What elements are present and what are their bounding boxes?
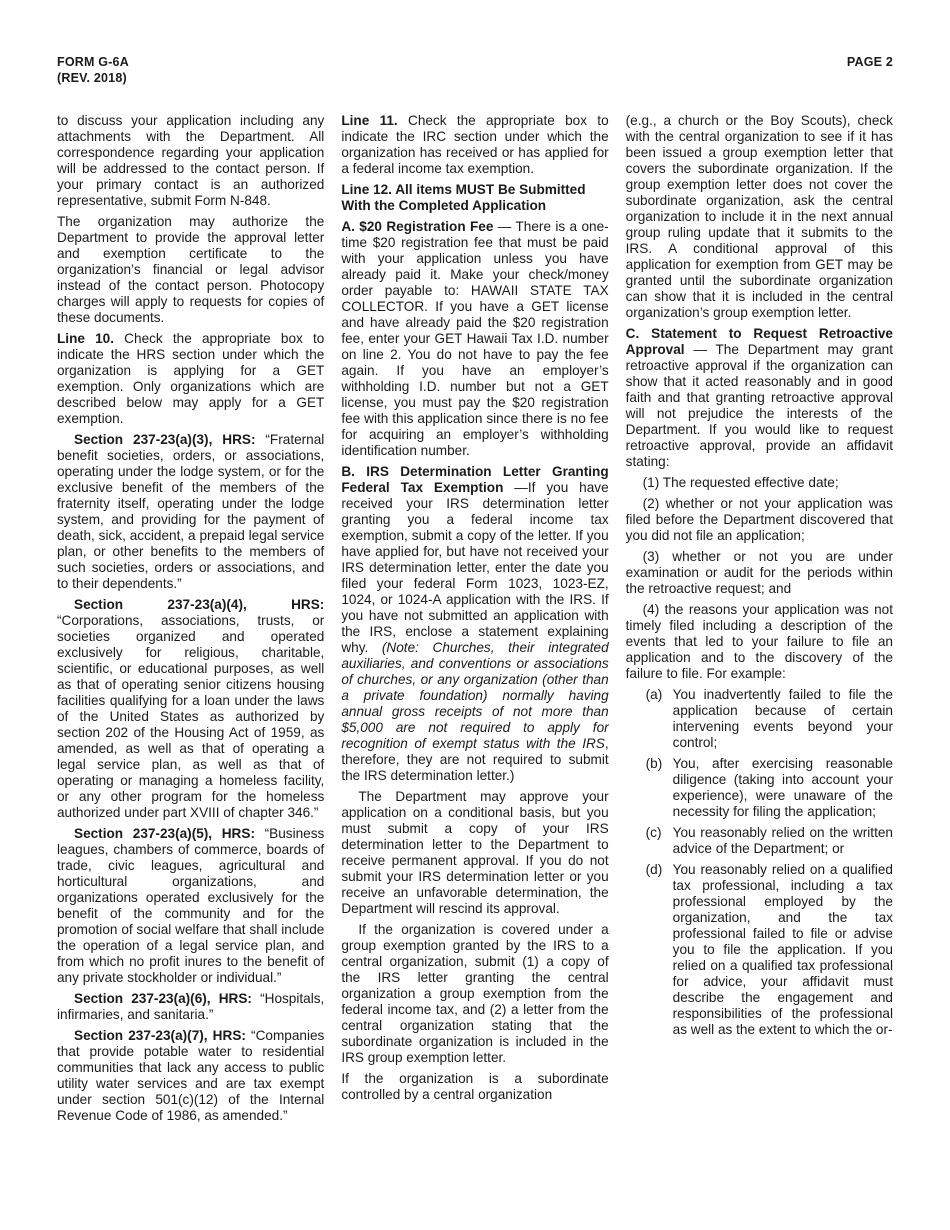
text-run: Line 11. bbox=[341, 113, 397, 128]
text-run: Section 237-23(a)(5), HRS: bbox=[74, 826, 255, 841]
paragraph: A. $20 Registration Fee — There is a one… bbox=[341, 219, 608, 459]
text-run: — The Department may grant retroactive a… bbox=[626, 342, 893, 469]
text-run: Line 12. All items MUST Be Submitted Wit… bbox=[341, 182, 585, 213]
text-run: “Corporations, associations, trusts, or … bbox=[57, 613, 324, 820]
paragraph: (a)You inadvertently failed to file the … bbox=[626, 687, 893, 751]
paragraph: Line 11. Check the appropriate box to in… bbox=[341, 113, 608, 177]
text-run: (4) the reasons your application was not… bbox=[626, 602, 893, 681]
text-run: If the organization is covered under a g… bbox=[341, 922, 608, 1065]
paragraph: The organization may authorize the Depar… bbox=[57, 214, 324, 326]
paragraph: (b)You, after exercising reasonable dili… bbox=[626, 756, 893, 820]
list-item-label: (d) bbox=[646, 862, 663, 878]
paragraph: B. IRS Determination Letter Granting Fed… bbox=[341, 464, 608, 784]
paragraph: Section 237-23(a)(3), HRS: “Fraternal be… bbox=[57, 432, 324, 592]
section-heading: Line 12. All items MUST Be Submitted Wit… bbox=[341, 182, 608, 214]
text-run: Section 237-23(a)(4), HRS: bbox=[74, 597, 324, 612]
column-3: (e.g., a church or the Boy Scouts), chec… bbox=[626, 113, 893, 1129]
paragraph: (2) whether or not your application was … bbox=[626, 496, 893, 544]
paragraph: Section 237-23(a)(4), HRS: “Corporations… bbox=[57, 597, 324, 821]
text-run: “Business leagues, chambers of commerce,… bbox=[57, 826, 324, 985]
paragraph: (e.g., a church or the Boy Scouts), chec… bbox=[626, 113, 893, 321]
text-run: (2) whether or not your application was … bbox=[626, 496, 893, 543]
form-number: FORM G-6A bbox=[57, 55, 129, 69]
form-identifier: FORM G-6A(REV. 2018) bbox=[57, 54, 129, 87]
column-1: to discuss your application including an… bbox=[57, 113, 324, 1129]
text-run: You reasonably relied on a qualified tax… bbox=[673, 862, 893, 1037]
paragraph: Line 10. Check the appropriate box to in… bbox=[57, 331, 324, 427]
text-run: (Note: Churches, their integrated auxili… bbox=[341, 640, 608, 751]
list-item-label: (c) bbox=[646, 825, 662, 841]
text-run: — There is a one-time $20 registration f… bbox=[341, 219, 608, 458]
text-run: Section 237-23(a)(3), HRS: bbox=[74, 432, 255, 447]
paragraph: to discuss your application including an… bbox=[57, 113, 324, 209]
text-run: If the organization is a subordinate con… bbox=[341, 1071, 608, 1102]
paragraph: C. Statement to Request Retroactive Appr… bbox=[626, 326, 893, 470]
text-run: You inadvertently failed to file the app… bbox=[673, 687, 893, 750]
column-2: Line 11. Check the appropriate box to in… bbox=[341, 113, 608, 1129]
page-header: FORM G-6A(REV. 2018) PAGE 2 bbox=[57, 54, 893, 87]
text-run: You reasonably relied on the written adv… bbox=[673, 825, 893, 856]
paragraph: The Department may approve your applicat… bbox=[341, 789, 608, 917]
text-run: You, after exercising reasonable diligen… bbox=[673, 756, 893, 819]
paragraph: If the organization is covered under a g… bbox=[341, 922, 608, 1066]
text-run: “Fraternal benefit societies, orders, or… bbox=[57, 432, 324, 591]
text-run: Section 237-23(a)(6), HRS: bbox=[74, 991, 252, 1006]
text-run: (3) whether or not you are under examina… bbox=[626, 549, 893, 596]
text-run: Line 10. bbox=[57, 331, 114, 346]
text-run: to discuss your application including an… bbox=[57, 113, 324, 208]
paragraph: (c)You reasonably relied on the written … bbox=[626, 825, 893, 857]
text-columns: to discuss your application including an… bbox=[57, 113, 893, 1129]
paragraph: Section 237-23(a)(5), HRS: “Business lea… bbox=[57, 826, 324, 986]
text-run: (e.g., a church or the Boy Scouts), chec… bbox=[626, 113, 893, 320]
list-item-label: (a) bbox=[646, 687, 663, 703]
list-item-label: (b) bbox=[646, 756, 663, 772]
text-run: —If you have received your IRS determina… bbox=[341, 480, 608, 655]
text-run: The Department may approve your applicat… bbox=[341, 789, 608, 916]
paragraph: (4) the reasons your application was not… bbox=[626, 602, 893, 682]
text-run: (1) The requested effective date; bbox=[643, 475, 839, 490]
paragraph: (1) The requested effective date; bbox=[626, 475, 893, 491]
form-revision: (REV. 2018) bbox=[57, 71, 127, 85]
paragraph: (3) whether or not you are under examina… bbox=[626, 549, 893, 597]
paragraph: (d)You reasonably relied on a qualified … bbox=[626, 862, 893, 1038]
paragraph: Section 237-23(a)(7), HRS: “Companies th… bbox=[57, 1028, 324, 1124]
text-run: A. $20 Registration Fee bbox=[341, 219, 493, 234]
paragraph: If the organization is a subordinate con… bbox=[341, 1071, 608, 1103]
paragraph: Section 237-23(a)(6), HRS: “Hospitals, i… bbox=[57, 991, 324, 1023]
document-page: FORM G-6A(REV. 2018) PAGE 2 to discuss y… bbox=[0, 0, 950, 1230]
page-number: PAGE 2 bbox=[847, 54, 893, 70]
text-run: The organization may authorize the Depar… bbox=[57, 214, 324, 325]
text-run: Section 237-23(a)(7), HRS: bbox=[74, 1028, 246, 1043]
